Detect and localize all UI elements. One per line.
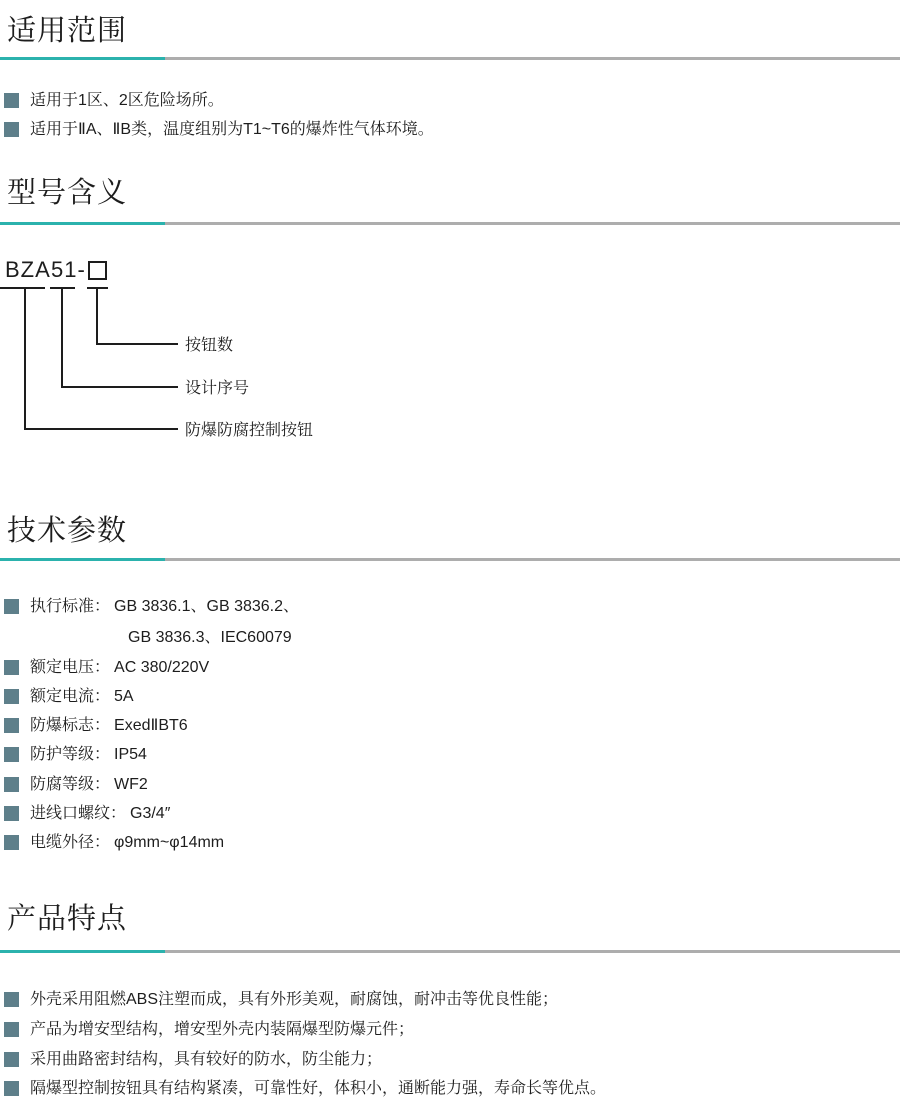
model-code-prefix: BZA bbox=[5, 258, 51, 282]
model-section-rule-accent bbox=[0, 222, 165, 225]
feature-item-text: 采用曲路密封结构，具有较好的防水，防尘能力； bbox=[30, 1051, 382, 1069]
tech-item: 进线口螺纹：G3/4″ bbox=[4, 805, 170, 823]
tech-item-label: 防腐等级： bbox=[30, 776, 110, 793]
square-bullet-icon bbox=[4, 1052, 19, 1067]
square-bullet-icon bbox=[4, 599, 19, 614]
scope-item: 适用于1区、2区危险场所。 bbox=[4, 92, 224, 110]
feature-item-text: 产品为增安型结构，增安型外壳内装隔爆型防爆元件； bbox=[30, 1021, 414, 1039]
tech-item-label: 额定电压： bbox=[30, 659, 110, 676]
scope-item-text: 适用于1区、2区危险场所。 bbox=[30, 92, 224, 110]
square-bullet-icon bbox=[4, 93, 19, 108]
square-bullet-icon bbox=[4, 747, 19, 762]
tech-section-title: 技术参数 bbox=[7, 515, 127, 547]
leader-underline bbox=[0, 287, 45, 289]
tech-item: 额定电流：5A bbox=[4, 688, 134, 706]
model-label-button-count: 按钮数 bbox=[185, 336, 233, 355]
feature-item-text: 隔爆型控制按钮具有结构紧凑，可靠性好，体积小，通断能力强，寿命长等优点。 bbox=[30, 1080, 606, 1098]
features-section-title: 产品特点 bbox=[7, 903, 127, 935]
feature-item: 隔爆型控制按钮具有结构紧凑，可靠性好，体积小，通断能力强，寿命长等优点。 bbox=[4, 1080, 606, 1098]
model-section-title: 型号含义 bbox=[7, 177, 127, 209]
tech-item: 防腐等级：WF2 bbox=[4, 776, 148, 794]
model-section-rule bbox=[0, 222, 900, 225]
leader-line bbox=[61, 289, 63, 388]
tech-item-label: 执行标准： bbox=[30, 598, 110, 615]
scope-section-title: 适用范围 bbox=[7, 15, 127, 47]
scope-section-rule bbox=[0, 57, 900, 60]
features-section-rule-accent bbox=[0, 950, 165, 953]
leader-line bbox=[61, 386, 178, 388]
tech-item-value-continuation: GB 3836.3、IEC60079 bbox=[128, 629, 292, 647]
tech-item-value: GB 3836.1、GB 3836.2、 bbox=[114, 598, 299, 615]
tech-item-label: 防护等级： bbox=[30, 746, 110, 763]
square-bullet-icon bbox=[4, 992, 19, 1007]
feature-item: 外壳采用阻燃ABS注塑而成，具有外形美观，耐腐蚀，耐冲击等优良性能； bbox=[4, 991, 558, 1009]
square-bullet-icon bbox=[4, 718, 19, 733]
square-bullet-icon bbox=[4, 660, 19, 675]
tech-item: 电缆外径：φ9mm~φ14mm bbox=[4, 834, 224, 852]
leader-line bbox=[96, 289, 98, 345]
square-bullet-icon bbox=[4, 777, 19, 792]
tech-item-label: 防爆标志： bbox=[30, 717, 110, 734]
square-bullet-icon bbox=[4, 806, 19, 821]
square-bullet-icon bbox=[4, 122, 19, 137]
model-placeholder-box-icon bbox=[88, 261, 107, 280]
square-bullet-icon bbox=[4, 1081, 19, 1096]
tech-item: 防护等级：IP54 bbox=[4, 746, 147, 764]
tech-item: 执行标准：GB 3836.1、GB 3836.2、 bbox=[4, 598, 299, 616]
scope-item-text: 适用于ⅡA、ⅡB类，温度组别为T1~T6的爆炸性气体环境。 bbox=[30, 121, 434, 139]
square-bullet-icon bbox=[4, 689, 19, 704]
tech-item: 防爆标志：ExedⅡBT6 bbox=[4, 717, 188, 735]
scope-item: 适用于ⅡA、ⅡB类，温度组别为T1~T6的爆炸性气体环境。 bbox=[4, 121, 434, 139]
model-label-product-type: 防爆防腐控制按钮 bbox=[185, 421, 313, 440]
feature-item: 产品为增安型结构，增安型外壳内装隔爆型防爆元件； bbox=[4, 1021, 414, 1039]
leader-line bbox=[96, 343, 178, 345]
leader-line bbox=[24, 428, 178, 430]
tech-item-value: WF2 bbox=[114, 776, 148, 793]
model-label-design-serial: 设计序号 bbox=[185, 379, 249, 398]
tech-item-label: 电缆外径： bbox=[30, 834, 110, 851]
scope-section-rule-accent bbox=[0, 57, 165, 60]
tech-item-label: 进线口螺纹： bbox=[30, 805, 126, 822]
tech-item-value: ExedⅡBT6 bbox=[114, 717, 188, 734]
tech-item: 额定电压：AC 380/220V bbox=[4, 659, 209, 677]
features-section-rule bbox=[0, 950, 900, 953]
tech-item-value: φ9mm~φ14mm bbox=[114, 834, 224, 851]
square-bullet-icon bbox=[4, 1022, 19, 1037]
tech-item-value: G3/4″ bbox=[130, 805, 170, 822]
leader-line bbox=[24, 289, 26, 430]
tech-section-rule-accent bbox=[0, 558, 165, 561]
tech-item-value: IP54 bbox=[114, 746, 147, 763]
tech-item-label: 额定电流： bbox=[30, 688, 110, 705]
catalog-page: 适用范围 适用于1区、2区危险场所。 适用于ⅡA、ⅡB类，温度组别为T1~T6的… bbox=[0, 0, 900, 1111]
model-code-series: 51- bbox=[51, 258, 86, 282]
square-bullet-icon bbox=[4, 835, 19, 850]
feature-item: 采用曲路密封结构，具有较好的防水，防尘能力； bbox=[4, 1051, 382, 1069]
tech-section-rule bbox=[0, 558, 900, 561]
feature-item-text: 外壳采用阻燃ABS注塑而成，具有外形美观，耐腐蚀，耐冲击等优良性能； bbox=[30, 991, 558, 1009]
tech-item-value: AC 380/220V bbox=[114, 659, 209, 676]
tech-item-value: 5A bbox=[114, 688, 134, 705]
